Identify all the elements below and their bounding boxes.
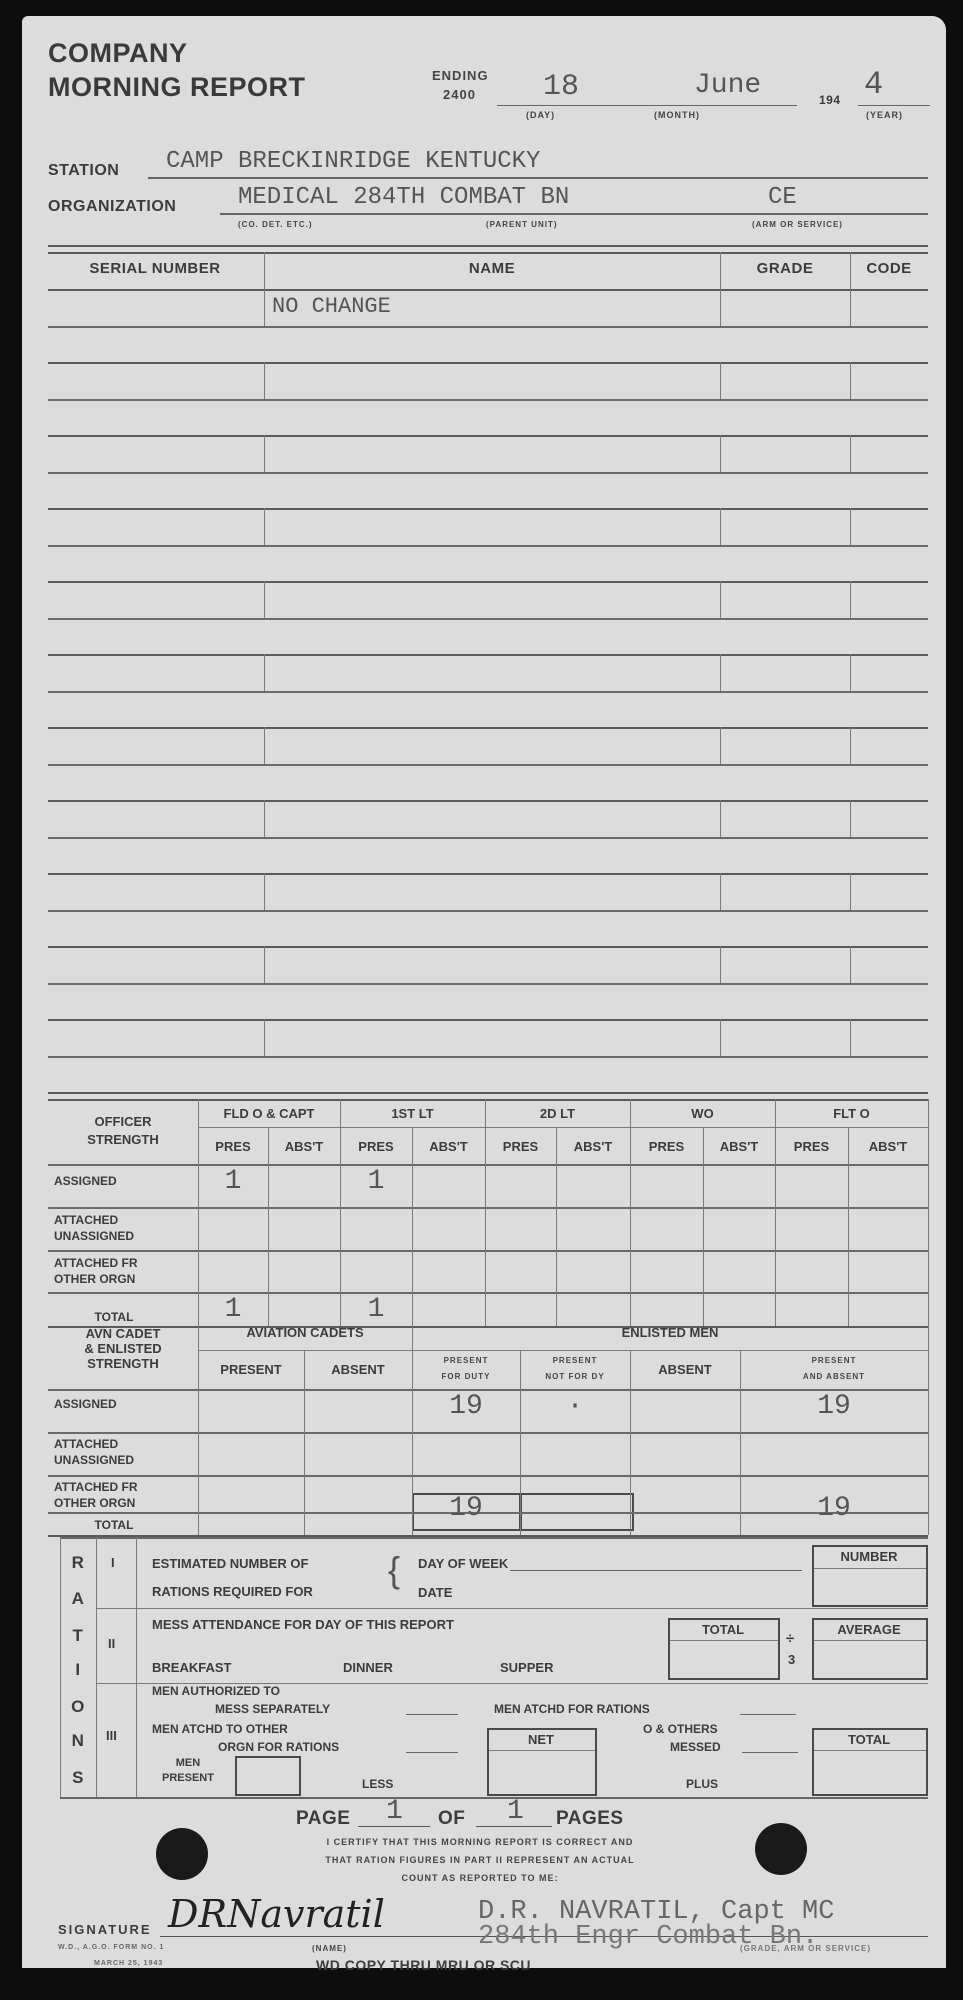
enlisted-col-header: PRESENT xyxy=(198,1362,304,1377)
officer-row-label: ASSIGNED xyxy=(54,1174,117,1188)
enlisted-row-label: ATTACHED FR xyxy=(54,1480,138,1494)
ending-time: 2400 xyxy=(443,87,476,102)
estimated-rations-line1: ESTIMATED NUMBER OF xyxy=(152,1556,308,1571)
officer-sub-header: PRES xyxy=(340,1139,412,1154)
enlisted-cell[interactable]: 19 xyxy=(412,1493,520,1524)
estimated-rations-line2: RATIONS REQUIRED FOR xyxy=(152,1584,313,1599)
mess-average-label: AVERAGE xyxy=(812,1622,926,1637)
officer-cell[interactable]: 1 xyxy=(198,1166,268,1197)
men-present-line2: PRESENT xyxy=(140,1772,236,1784)
roster-row[interactable] xyxy=(48,654,928,691)
rations-letter: O xyxy=(60,1697,96,1717)
enlisted-row-label: ATTACHED xyxy=(54,1437,118,1451)
officer-sub-header: ABS'T xyxy=(848,1139,928,1154)
officer-sub-header: ABS'T xyxy=(412,1139,485,1154)
station-field[interactable]: CAMP BRECKINRIDGE KENTUCKY xyxy=(166,148,540,175)
form-title-line1: COMPANY xyxy=(48,38,188,69)
roster-row[interactable] xyxy=(48,289,928,326)
officer-row-label: ATTACHED FR xyxy=(54,1256,138,1270)
enlisted-row-label: UNASSIGNED xyxy=(54,1453,134,1467)
enlisted-cell[interactable]: 19 xyxy=(740,1493,928,1524)
form-id: W.D., A.G.O. FORM NO. 1 xyxy=(58,1944,164,1951)
men-atchd-rations-label: MEN ATCHD FOR RATIONS xyxy=(494,1702,650,1716)
roster-header-grade: GRADE xyxy=(720,260,850,277)
net-label: NET xyxy=(487,1732,595,1747)
rations-letter: A xyxy=(60,1589,96,1609)
certify-line3: COUNT AS REPORTED TO ME: xyxy=(240,1873,720,1883)
rations-letter: I xyxy=(60,1660,96,1680)
mess-total-label: TOTAL xyxy=(668,1622,778,1637)
enlisted-col-header: PRESENT xyxy=(740,1356,928,1365)
certify-line2: THAT RATION FIGURES IN PART II REPRESENT… xyxy=(240,1855,720,1865)
roster-row[interactable] xyxy=(48,508,928,545)
report-year[interactable]: 4 xyxy=(864,66,883,103)
total-pages[interactable]: 1 xyxy=(507,1796,524,1827)
officer-cell[interactable]: 1 xyxy=(340,1294,412,1325)
mess-separately-field[interactable] xyxy=(406,1714,458,1715)
roster-header-code: CODE xyxy=(850,260,928,277)
report-day[interactable]: 18 xyxy=(543,70,579,104)
arm-service-field[interactable]: CE xyxy=(768,184,797,211)
day-caption: (DAY) xyxy=(526,110,555,120)
roster-row[interactable] xyxy=(48,435,928,472)
parent-unit-caption: (PARENT UNIT) xyxy=(486,220,558,229)
supper-label: SUPPER xyxy=(500,1660,553,1675)
men-atchd-rations-field[interactable] xyxy=(740,1714,796,1715)
officer-sub-header: PRES xyxy=(198,1139,268,1154)
roster-header-serial: SERIAL NUMBER xyxy=(48,260,262,277)
roster-header-name: NAME xyxy=(264,260,720,277)
officer-sub-header: ABS'T xyxy=(703,1139,775,1154)
roster-row[interactable] xyxy=(48,946,928,983)
men-atchd-other-line2: ORGN FOR RATIONS xyxy=(218,1740,339,1754)
part-i-numeral: I xyxy=(111,1555,115,1570)
men-atchd-other-field[interactable] xyxy=(406,1752,458,1753)
enlisted-title-2: & ENLISTED xyxy=(48,1341,198,1356)
enlisted-row-label: OTHER ORGN xyxy=(54,1496,135,1510)
signature-label: SIGNATURE xyxy=(58,1922,152,1937)
rations-letter: S xyxy=(60,1768,96,1788)
pages-label: PAGES xyxy=(556,1808,624,1830)
officer-strength-title-1: OFFICER xyxy=(48,1114,198,1129)
officer-cell[interactable]: 1 xyxy=(340,1166,412,1197)
organization-field[interactable]: MEDICAL 284TH COMBAT BN xyxy=(238,184,569,211)
rations-letter: R xyxy=(60,1553,96,1573)
enlisted-col-header: PRESENT xyxy=(520,1356,630,1365)
enlisted-row-label: ASSIGNED xyxy=(54,1397,117,1411)
roster-row[interactable] xyxy=(48,800,928,837)
dinner-label: DINNER xyxy=(343,1660,393,1675)
men-present-line1: MEN xyxy=(140,1757,236,1769)
men-atchd-other-line1: MEN ATCHD TO OTHER xyxy=(152,1722,288,1736)
report-month[interactable]: June xyxy=(694,70,761,101)
enlisted-cell[interactable]: 19 xyxy=(740,1391,928,1422)
number-label: NUMBER xyxy=(812,1549,926,1564)
page-number[interactable]: 1 xyxy=(386,1796,403,1827)
officer-sub-header: ABS'T xyxy=(268,1139,340,1154)
grade-caption: (GRADE, ARM OR SERVICE) xyxy=(740,1944,871,1953)
roster-row[interactable] xyxy=(48,1019,928,1056)
part-ii-numeral: II xyxy=(108,1636,115,1651)
officer-group-0: FLD O & CAPT xyxy=(198,1106,340,1121)
enlisted-title-1: AVN CADET xyxy=(48,1326,198,1341)
co-caption: (CO. DET. ETC.) xyxy=(238,220,313,229)
part-iii-numeral: III xyxy=(106,1728,117,1743)
officer-row-label: UNASSIGNED xyxy=(54,1229,134,1243)
roster-row[interactable] xyxy=(48,873,928,910)
breakfast-label: BREAKFAST xyxy=(152,1660,231,1675)
o-others-line1: O & OTHERS xyxy=(643,1722,718,1736)
signature-field[interactable]: DRNavratil xyxy=(168,1892,385,1936)
name-caption: (NAME) xyxy=(312,1944,347,1953)
officer-row-label: TOTAL xyxy=(54,1310,174,1324)
men-authorized-line2: MESS SEPARATELY xyxy=(215,1702,330,1716)
rations-letter: T xyxy=(60,1626,96,1646)
roster-row[interactable] xyxy=(48,581,928,618)
officer-strength-title-2: STRENGTH xyxy=(48,1132,198,1147)
form-title-line2: MORNING REPORT xyxy=(48,72,306,103)
wd-copy-note: WD COPY THRU MRU OR SCU xyxy=(316,1957,531,1973)
men-authorized-line1: MEN AUTHORIZED TO xyxy=(152,1684,280,1698)
station-label: STATION xyxy=(48,162,119,180)
officer-sub-header: PRES xyxy=(485,1139,556,1154)
men-present-box[interactable] xyxy=(235,1756,301,1796)
officer-sub-header: PRES xyxy=(775,1139,848,1154)
form-date: MARCH 25, 1943 xyxy=(94,1960,163,1967)
enlisted-col-header: FOR DUTY xyxy=(412,1372,520,1381)
officer-group-1: 1ST LT xyxy=(340,1106,485,1121)
roster-row[interactable] xyxy=(48,727,928,764)
punch-hole-left xyxy=(156,1828,208,1880)
of-label: OF xyxy=(438,1808,465,1830)
enlisted-col-header: NOT FOR DY xyxy=(520,1372,630,1381)
punch-hole-right xyxy=(755,1823,807,1875)
officer-group-3: WO xyxy=(630,1106,775,1121)
o-others-line2: MESSED xyxy=(670,1740,721,1754)
officer-group-2: 2D LT xyxy=(485,1106,630,1121)
roster-entry-name[interactable]: NO CHANGE xyxy=(272,294,391,319)
ending-label: ENDING xyxy=(432,68,489,83)
officer-sub-header: ABS'T xyxy=(556,1139,630,1154)
less-label: LESS xyxy=(362,1777,393,1791)
officer-cell[interactable]: 1 xyxy=(198,1294,268,1325)
plus-label: PLUS xyxy=(686,1777,718,1791)
brace-icon: { xyxy=(388,1552,400,1588)
roster-row[interactable] xyxy=(48,362,928,399)
year-caption: (YEAR) xyxy=(866,110,903,120)
enlisted-row-label: TOTAL xyxy=(54,1518,174,1532)
enlisted-cell[interactable]: 19 xyxy=(412,1391,520,1422)
year-prefix: 194 xyxy=(819,93,841,107)
o-others-field[interactable] xyxy=(742,1752,798,1753)
organization-label: ORGANIZATION xyxy=(48,198,176,216)
officer-sub-header: PRES xyxy=(630,1139,703,1154)
date-label: DATE xyxy=(418,1585,452,1600)
enlisted-title-3: STRENGTH xyxy=(48,1356,198,1371)
divisor: 3 xyxy=(788,1652,795,1667)
enlisted-col-header: AND ABSENT xyxy=(740,1372,928,1381)
officer-group-4: FLT O xyxy=(775,1106,928,1121)
arm-caption: (ARM OR SERVICE) xyxy=(752,220,843,229)
divide-icon: ÷ xyxy=(786,1630,794,1647)
enlisted-cell[interactable]: · xyxy=(520,1391,630,1422)
mess-attendance-title: MESS ATTENDANCE FOR DAY OF THIS REPORT xyxy=(152,1617,454,1632)
day-of-week-label: DAY OF WEEK xyxy=(418,1556,508,1571)
enlisted-col-header: ABSENT xyxy=(630,1362,740,1377)
officer-row-label: OTHER ORGN xyxy=(54,1272,135,1286)
certify-line1: I CERTIFY THAT THIS MORNING REPORT IS CO… xyxy=(240,1837,720,1847)
officer-row-label: ATTACHED xyxy=(54,1213,118,1227)
day-of-week-field[interactable] xyxy=(510,1570,802,1571)
month-caption: (MONTH) xyxy=(654,110,700,120)
enlisted-col-header: PRESENT xyxy=(412,1356,520,1365)
rations-letter: N xyxy=(60,1731,96,1751)
enlisted-col-header: ABSENT xyxy=(304,1362,412,1377)
page-label: PAGE xyxy=(296,1808,350,1830)
ration-total-label: TOTAL xyxy=(812,1732,926,1747)
